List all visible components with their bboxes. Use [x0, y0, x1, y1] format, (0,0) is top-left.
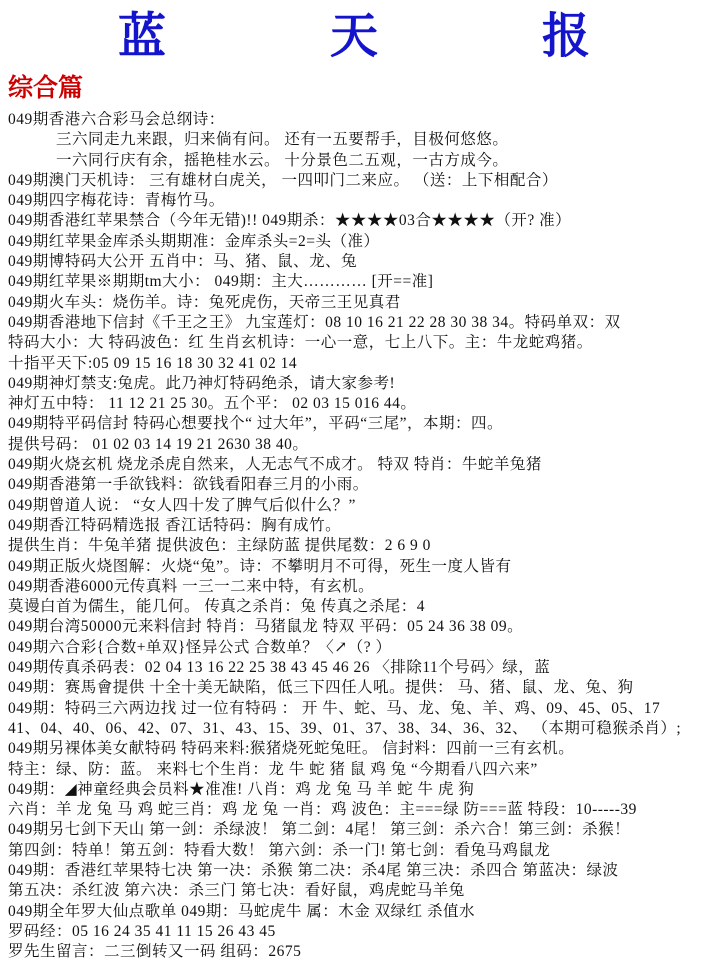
text-line: 罗码经：05 16 24 35 41 11 15 26 43 45 [8, 922, 723, 942]
text-line: 特主：绿、防：蓝。 来料七个生肖：龙 牛 蛇 猪 鼠 鸡 兔 “今期看八四六来” [8, 760, 723, 780]
text-line: 049期六合彩{合数+单双}怪异公式 合数单？〈↗（? ） [8, 638, 723, 658]
text-line: 41、04、40、06、42、07、31、43、15、39、01、37、38、3… [8, 719, 723, 739]
text-line: 第四剑：特单！第五剑：特看大数！ 第六剑：杀一门! 第七剑：看兔马鸡鼠龙 [8, 841, 723, 861]
text-line: 049期神灯禁支:兔虎。此乃神灯特码绝杀，请大家参考! [8, 374, 723, 394]
text-line: 049期红苹果金库杀头期期准：金库杀头=2=头（准） [8, 232, 723, 252]
text-line: 049期另裸体美女献特码 特码来料:猴猪烧死蛇兔旺。 信封料：四前一三有玄机。 [8, 739, 723, 759]
text-line: 049期传真杀码表：02 04 13 16 22 25 38 43 45 46 … [8, 658, 723, 678]
text-line: 049期香港第一手欲钱料：欲钱看阳春三月的小雨。 [8, 475, 723, 495]
text-line: 提供生肖：牛兔羊猪 提供波色：主绿防蓝 提供尾数：2 6 9 0 [8, 536, 723, 556]
text-line: 莫谩白首为儒生，能几何。 传真之杀肖：兔 传真之杀尾：4 [8, 597, 723, 617]
section-heading: 综合篇 [0, 74, 727, 104]
text-line: 049期特平码信封 特码心想要找个“ 过大年”，平码“三尾”，本期：四。 [8, 414, 723, 434]
text-line: 049期香港6000元传真料 一三一二来中特，有玄机。 [8, 577, 723, 597]
text-line: 049期博特码大公开 五肖中：马、猪、鼠、龙、兔 [8, 252, 723, 272]
newspaper-page: 蓝 天 报 综合篇 049期香港六合彩马会总纲诗：三六同走九来跟，归来倘有问。 … [0, 0, 727, 968]
text-line: 049期四字梅花诗：青梅竹马。 [8, 191, 723, 211]
document-body: 049期香港六合彩马会总纲诗：三六同走九来跟，归来倘有问。 还有一五要帮手，目极… [0, 110, 727, 962]
text-line: 三六同走九来跟，归来倘有问。 还有一五要帮手，目极何悠悠。 [8, 130, 723, 150]
text-line: 049期曾道人说： “女人四十发了脾气后似什么？” [8, 496, 723, 516]
page-title: 蓝 天 报 [118, 6, 727, 68]
masthead: 蓝 天 报 [0, 0, 727, 72]
text-line: 049期香港红苹果禁合（今年无错)!! 049期杀：★★★★03合★★★★（开?… [8, 211, 723, 231]
text-line: 049期火烧玄机 烧龙杀虎自然来，人无志气不成才。 特双 特肖：牛蛇羊兔猪 [8, 455, 723, 475]
text-line: 提供号码： 01 02 03 14 19 21 2630 38 40。 [8, 435, 723, 455]
text-line: 049期火车头：烧伤羊。诗：兔死虎伤，天帝三王见真君 [8, 293, 723, 313]
text-line: 十指平天下:05 09 15 16 18 30 32 41 02 14 [8, 354, 723, 374]
text-line: 049期：特码三六两边找 过一位有特码 ： 开 牛、蛇、马、龙、兔、羊、鸡、09… [8, 699, 723, 719]
text-line: 049期红苹果※期期tm大小： 049期：主大………… [开==准] [8, 272, 723, 292]
text-line: 049期全年罗大仙点歌单 049期：马蛇虎牛 属：木金 双绿红 杀值水 [8, 902, 723, 922]
text-line: 罗先生留言：二三倒转又一码 组码：2675 [8, 942, 723, 962]
text-line: 049期另七剑下天山 第一剑：杀绿波！ 第二剑：4尾！ 第三剑：杀六合！第三剑：… [8, 820, 723, 840]
text-line: 第五决：杀红波 第六决：杀三门 第七决：看好鼠，鸡虎蛇马羊兔 [8, 881, 723, 901]
text-line: 049期香港六合彩马会总纲诗： [8, 110, 723, 130]
text-line: 一六同行庆有余，摇艳桂水云。 十分景色二五观，一古方成今。 [8, 151, 723, 171]
text-line: 049期澳门天机诗： 三有雄材白虎关， 一四叩门二来应。 （送：上下相配合） [8, 171, 723, 191]
text-line: 049期台湾50000元来料信封 特肖：马猪鼠龙 特双 平码：05 24 36 … [8, 617, 723, 637]
text-line: 049期：◢神童经典会员料★准准! 八肖：鸡 龙 兔 马 羊 蛇 牛 虎 狗 [8, 780, 723, 800]
text-line: 049期正版火烧图解：火烧“兔”。诗：不攀明月不可得，死生一度人皆有 [8, 557, 723, 577]
text-line: 049期：香港红苹果特七决 第一决：杀猴 第二决：杀4尾 第三决：杀四合 第蓝决… [8, 861, 723, 881]
text-line: 049期：赛馬會提供 十全十美无缺陷，低三下四任人吼。提供： 马、猪、鼠、龙、兔… [8, 678, 723, 698]
text-line: 049期香江特码精选报 香江话特码：胸有成竹。 [8, 516, 723, 536]
text-line: 049期香港地下信封《千王之王》 九宝莲灯：08 10 16 21 22 28 … [8, 313, 723, 333]
text-line: 六肖：羊 龙 兔 马 鸡 蛇三肖：鸡 龙 兔 一肖：鸡 波色：主===绿 防==… [8, 800, 723, 820]
text-line: 神灯五中特： 11 12 21 25 30。五个平： 02 03 15 016 … [8, 394, 723, 414]
text-line: 特码大小：大 特码波色：红 生肖玄机诗：一心一意，七上八下。主：牛龙蛇鸡猪。 [8, 333, 723, 353]
